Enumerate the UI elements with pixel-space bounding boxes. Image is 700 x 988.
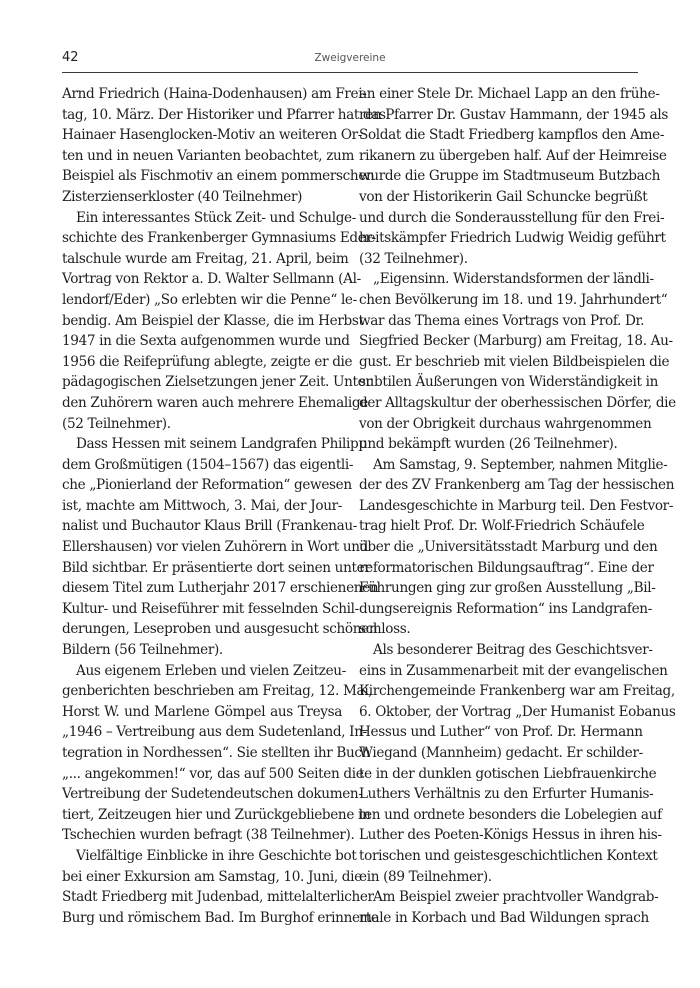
text-line: Arnd Friedrich (Haina-Dodenhausen) am Fr… <box>62 84 342 105</box>
text-line: Hainaer Hasenglocken-Motiv an weiteren O… <box>62 125 342 146</box>
text-line: an einer Stele Dr. Michael Lapp an den f… <box>359 84 639 105</box>
text-line: gust. Er beschrieb mit vielen Bildbeispi… <box>359 352 639 373</box>
text-line: war das Thema eines Vortrags von Prof. D… <box>359 311 639 332</box>
text-line: te in der dunklen gotischen Liebfrauenki… <box>359 764 639 785</box>
paragraph-first-line: Dass Hessen mit seinem Landgrafen Philip… <box>62 434 342 455</box>
text-line: subtilen Äußerungen von Widerständigkeit… <box>359 372 639 393</box>
text-line: heitskämpfer Friedrich Ludwig Weidig gef… <box>359 228 639 249</box>
text-line: dem Großmütigen (1504–1567) das eigentli… <box>62 455 342 476</box>
paragraph-first-line: Vielfältige Einblicke in ihre Geschichte… <box>62 846 342 867</box>
page-header: 42 Zweigvereine <box>62 48 638 73</box>
text-line: und durch die Sonderausstellung für den … <box>359 208 639 229</box>
text-line: ist, machte am Mittwoch, 3. Mai, der Jou… <box>62 496 342 517</box>
text-line: Burg und römischem Bad. Im Burghof erinn… <box>62 908 342 929</box>
text-column-left: Arnd Friedrich (Haina-Dodenhausen) am Fr… <box>62 84 342 928</box>
text-line: schichte des Frankenberger Gymnasiums Ed… <box>62 228 342 249</box>
text-line: Kultur- und Reiseführer mit fesselnden S… <box>62 599 342 620</box>
paragraph-first-line: „Eigensinn. Widerstandsformen der ländli… <box>359 269 639 290</box>
text-line: male in Korbach und Bad Wildungen sprach <box>359 908 639 929</box>
text-line: und bekämpft wurden (26 Teilnehmer). <box>359 434 639 455</box>
text-line: tag, 10. März. Der Historiker und Pfarre… <box>62 105 342 126</box>
text-line: Zisterzienserkloster (40 Teilnehmer) <box>62 187 342 208</box>
text-line: „... angekommen!“ vor, das auf 500 Seite… <box>62 764 342 785</box>
text-line: reformatorischen Bildungsauftrag“. Eine … <box>359 558 639 579</box>
text-line: nalist und Buchautor Klaus Brill (Franke… <box>62 516 342 537</box>
text-line: (52 Teilnehmer). <box>62 414 342 435</box>
text-line: der des ZV Frankenberg am Tag der hessis… <box>359 475 639 496</box>
text-line: dungsereignis Reformation“ ins Landgrafe… <box>359 599 639 620</box>
paragraph-first-line: Ein interessantes Stück Zeit- und Schulg… <box>62 208 342 229</box>
text-line: Wiegand (Mannheim) gedacht. Er schilder- <box>359 743 639 764</box>
text-line: Siegfried Becker (Marburg) am Freitag, 1… <box>359 331 639 352</box>
text-line: Stadt Friedberg mit Judenbad, mittelalte… <box>62 887 342 908</box>
text-line: Ellershausen) vor vielen Zuhörern in Wor… <box>62 537 342 558</box>
text-line: ein (89 Teilnehmer). <box>359 867 639 888</box>
text-line: über die „Universitätsstadt Marburg und … <box>359 537 639 558</box>
paragraph-first-line: Am Beispiel zweier prachtvoller Wandgrab… <box>359 887 639 908</box>
text-line: Vertreibung der Sudetendeutschen dokumen… <box>62 784 342 805</box>
text-line: 6. Oktober, der Vortrag „Der Humanist Eo… <box>359 702 639 723</box>
text-line: 1947 in die Sexta aufgenommen wurde und <box>62 331 342 352</box>
text-line: von der Obrigkeit durchaus wahrgenommen <box>359 414 639 435</box>
text-line: den Zuhörern waren auch mehrere Ehemalig… <box>62 393 342 414</box>
text-line: trag hielt Prof. Dr. Wolf-Friedrich Schä… <box>359 516 639 537</box>
text-column-right: an einer Stele Dr. Michael Lapp an den f… <box>359 84 639 928</box>
text-line: Landesgeschichte in Marburg teil. Den Fe… <box>359 496 639 517</box>
text-line: Hessus und Luther“ von Prof. Dr. Hermann <box>359 722 639 743</box>
text-line: von der Historikerin Gail Schuncke begrü… <box>359 187 639 208</box>
text-line: (32 Teilnehmer). <box>359 249 639 270</box>
text-line: Bildern (56 Teilnehmer). <box>62 640 342 661</box>
text-line: tiert, Zeitzeugen hier und Zurückgeblieb… <box>62 805 342 826</box>
text-line: Horst W. und Marlene Gömpel aus Treysa <box>62 702 342 723</box>
text-line: Führungen ging zur großen Ausstellung „B… <box>359 578 639 599</box>
text-line: pädagogischen Zielsetzungen jener Zeit. … <box>62 372 342 393</box>
paragraph-first-line: Als besonderer Beitrag des Geschichtsver… <box>359 640 639 661</box>
text-line: wurde die Gruppe im Stadtmuseum Butzbach <box>359 166 639 187</box>
running-title: Zweigvereine <box>62 52 638 64</box>
text-line: chen Bevölkerung im 18. und 19. Jahrhund… <box>359 290 639 311</box>
text-line: rikanern zu übergeben half. Auf der Heim… <box>359 146 639 167</box>
text-line: ren Pfarrer Dr. Gustav Hammann, der 1945… <box>359 105 639 126</box>
text-line: Kirchengemeinde Frankenberg war am Freit… <box>359 681 639 702</box>
text-line: Bild sichtbar. Er präsentierte dort sein… <box>62 558 342 579</box>
text-line: Vortrag von Rektor a. D. Walter Sellmann… <box>62 269 342 290</box>
text-line: ten und in neuen Varianten beobachtet, z… <box>62 146 342 167</box>
text-line: Beispiel als Fischmotiv an einem pommers… <box>62 166 342 187</box>
text-line: talschule wurde am Freitag, 21. April, b… <box>62 249 342 270</box>
text-line: ten und ordnete besonders die Lobelegien… <box>359 805 639 826</box>
paragraph-first-line: Aus eigenem Erleben und vielen Zeitzeu- <box>62 661 342 682</box>
text-line: derungen, Leseproben und ausgesucht schö… <box>62 619 342 640</box>
text-line: der Alltagskultur der oberhessischen Dör… <box>359 393 639 414</box>
text-line: che „Pionierland der Reformation“ gewese… <box>62 475 342 496</box>
text-line: lendorf/Eder) „So erlebten wir die Penne… <box>62 290 342 311</box>
paragraph-first-line: Am Samstag, 9. September, nahmen Mitglie… <box>359 455 639 476</box>
text-line: tegration in Nordhessen“. Sie stellten i… <box>62 743 342 764</box>
text-line: 1956 die Reifeprüfung ablegte, zeigte er… <box>62 352 342 373</box>
text-line: Luthers Verhältnis zu den Erfurter Human… <box>359 784 639 805</box>
text-line: Luther des Poeten-Königs Hessus in ihren… <box>359 825 639 846</box>
text-line: diesem Titel zum Lutherjahr 2017 erschie… <box>62 578 342 599</box>
text-line: bei einer Exkursion am Samstag, 10. Juni… <box>62 867 342 888</box>
text-line: genberichten beschrieben am Freitag, 12.… <box>62 681 342 702</box>
text-line: „1946 – Vertreibung aus dem Sudetenland,… <box>62 722 342 743</box>
text-line: Tschechien wurden befragt (38 Teilnehmer… <box>62 825 342 846</box>
text-line: torischen und geistesgeschichtlichen Kon… <box>359 846 639 867</box>
text-line: bendig. Am Beispiel der Klasse, die im H… <box>62 311 342 332</box>
text-line: schloss. <box>359 619 639 640</box>
text-line: eins in Zusammenarbeit mit der evangelis… <box>359 661 639 682</box>
text-line: Soldat die Stadt Friedberg kampflos den … <box>359 125 639 146</box>
